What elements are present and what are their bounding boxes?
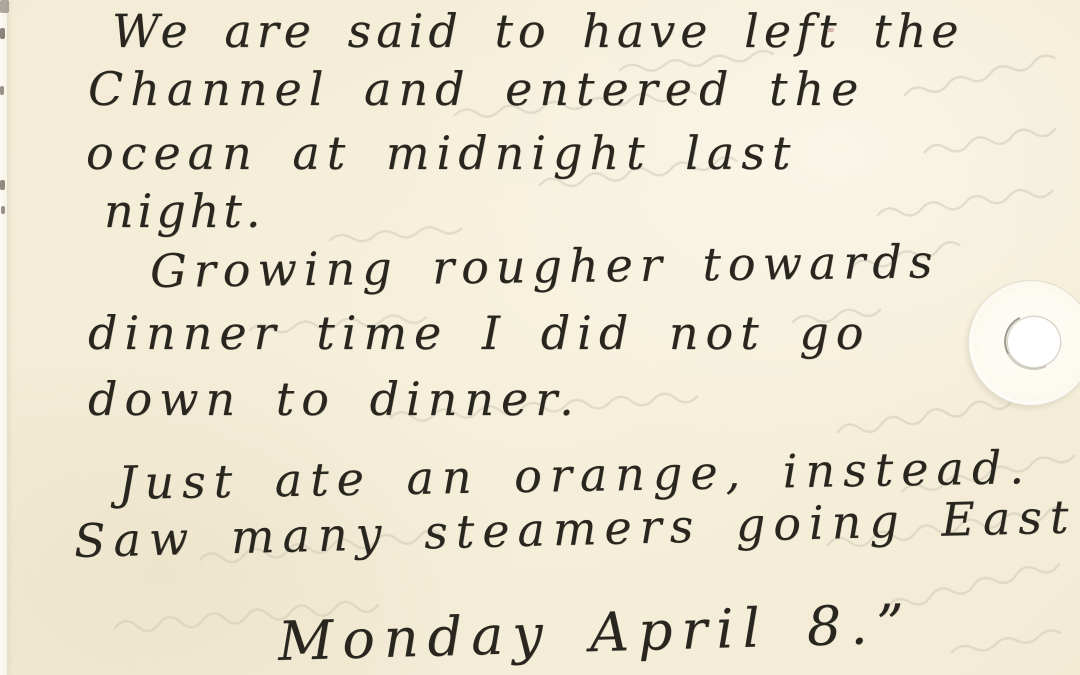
diary-page: We are said to have left the Channel and… — [0, 0, 1080, 675]
paper-speck — [827, 28, 834, 32]
handwritten-line-3: ocean at midnight last — [86, 128, 797, 179]
handwritten-line-2: Channel and entered the — [88, 64, 865, 115]
paper-speck — [0, 28, 5, 39]
handwritten-line-1: We are said to have left the — [112, 6, 964, 57]
page-left-edge — [0, 0, 8, 675]
paper-speck — [0, 0, 9, 13]
paper-speck — [0, 180, 5, 190]
paper-speck — [1, 206, 5, 214]
handwritten-line-6: dinner time I did not go — [88, 308, 871, 359]
handwritten-line-5: Growing rougher towards — [150, 236, 940, 296]
paper-speck — [0, 86, 4, 95]
handwritten-line-4: night. — [104, 186, 265, 237]
punch-hole — [1008, 317, 1060, 367]
handwritten-line-7: down to dinner. — [88, 374, 581, 425]
